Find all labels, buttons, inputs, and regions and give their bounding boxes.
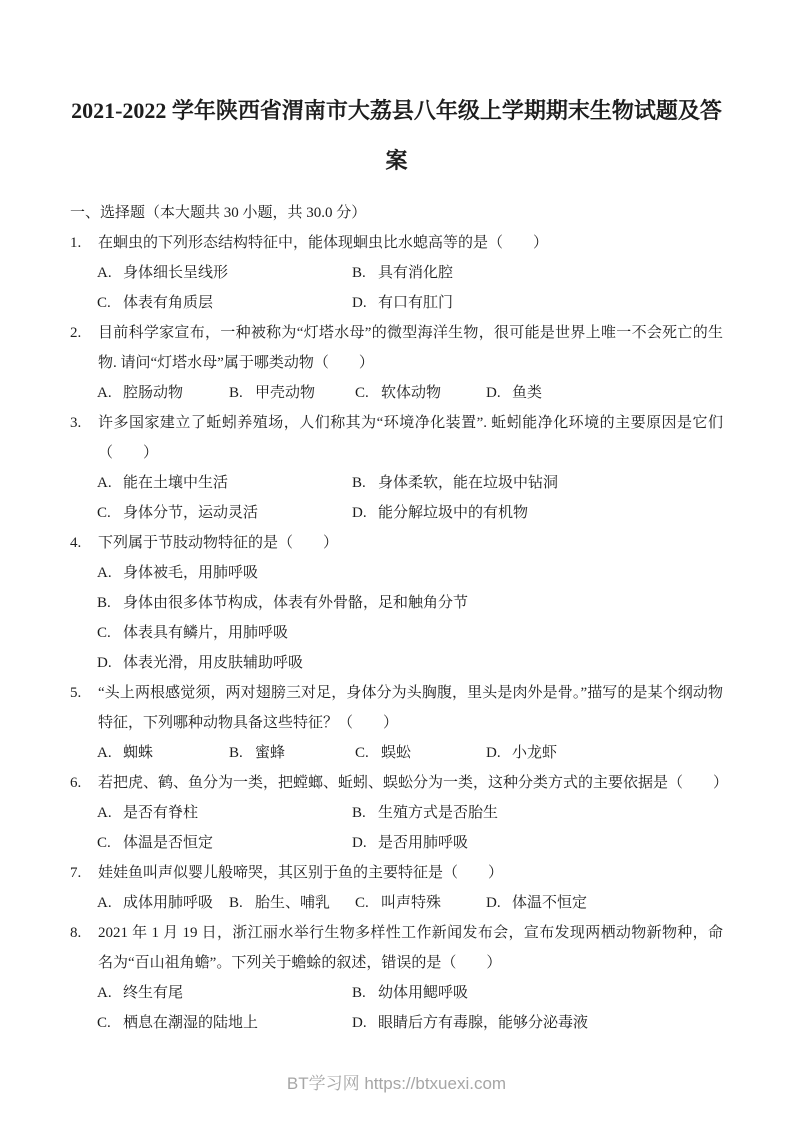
question-text: 许多国家建立了蚯蚓养殖场，人们称其为“环境净化装置”. 蚯蚓能净化环境的主要原因… bbox=[98, 408, 723, 468]
option-item: B.幼体用鳃呼吸 bbox=[352, 978, 723, 1008]
question-item-3: 3. 许多国家建立了蚯蚓养殖场，人们称其为“环境净化装置”. 蚯蚓能净化环境的主… bbox=[70, 408, 723, 528]
option-text: 成体用肺呼吸 bbox=[123, 895, 213, 911]
option-label: B. bbox=[352, 978, 378, 1008]
option-label: C. bbox=[97, 618, 123, 648]
question-text: 下列属于节肢动物特征的是（ ） bbox=[98, 528, 723, 558]
option-text: 蜘蛛 bbox=[123, 745, 153, 761]
option-text: 身体柔软，能在垃圾中钻洞 bbox=[378, 475, 558, 491]
document-title: 2021-2022 学年陕西省渭南市大荔县八年级上学期期末生物试题及答案 bbox=[70, 86, 723, 186]
option-item: A.身体细长呈线形 bbox=[97, 258, 352, 288]
option-label: A. bbox=[97, 558, 123, 588]
question-text: 目前科学家宣布，一种被称为“灯塔水母”的微型海洋生物，很可能是世界上唯一不会死亡… bbox=[98, 318, 723, 378]
option-text: 栖息在潮湿的陆地上 bbox=[123, 1015, 258, 1031]
question-text: 若把虎、鹤、鱼分为一类，把螳螂、蚯蚓、蜈蚣分为一类，这种分类方式的主要依据是（ … bbox=[98, 768, 723, 798]
question-text: 在蛔虫的下列形态结构特征中，能体现蛔虫比水螅高等的是（ ） bbox=[98, 228, 723, 258]
question-item-6: 6. 若把虎、鹤、鱼分为一类，把螳螂、蚯蚓、蜈蚣分为一类，这种分类方式的主要依据… bbox=[70, 768, 723, 858]
option-text: 具有消化腔 bbox=[378, 265, 453, 281]
option-text: 腔肠动物 bbox=[123, 385, 183, 401]
option-item: D.能分解垃圾中的有机物 bbox=[352, 498, 723, 528]
option-label: C. bbox=[355, 888, 381, 918]
option-text: 有口有肛门 bbox=[378, 295, 453, 311]
options-grid: A.终生有尾 B.幼体用鳃呼吸 C.栖息在潮湿的陆地上 D.眼睛后方有毒腺，能够… bbox=[97, 978, 723, 1038]
option-text: 身体分节，运动灵活 bbox=[123, 505, 258, 521]
options-grid: A.身体细长呈线形 B.具有消化腔 C.体表有角质层 D.有口有肛门 bbox=[97, 258, 723, 318]
question-number: 4. bbox=[70, 528, 98, 558]
question-item-8: 8. 2021 年 1 月 19 日，浙江丽水举行生物多样性工作新闻发布会，宣布… bbox=[70, 918, 723, 1038]
option-item: C.软体动物 bbox=[355, 378, 486, 408]
option-item: A.能在土壤中生活 bbox=[97, 468, 352, 498]
option-item: D.鱼类 bbox=[486, 378, 723, 408]
option-text: 体表有角质层 bbox=[123, 295, 213, 311]
options-grid: A.蜘蛛 B.蜜蜂 C.蜈蚣 D.小龙虾 bbox=[97, 738, 723, 768]
question-item-1: 1. 在蛔虫的下列形态结构特征中，能体现蛔虫比水螅高等的是（ ） A.身体细长呈… bbox=[70, 228, 723, 318]
option-item: C.体表有角质层 bbox=[97, 288, 352, 318]
option-text: 甲壳动物 bbox=[255, 385, 315, 401]
option-item: C.体温是否恒定 bbox=[97, 828, 352, 858]
option-item: A.身体被毛，用肺呼吸 bbox=[97, 558, 723, 588]
option-text: 身体细长呈线形 bbox=[123, 265, 228, 281]
option-label: A. bbox=[97, 738, 123, 768]
document-page: 2021-2022 学年陕西省渭南市大荔县八年级上学期期末生物试题及答案 一、选… bbox=[0, 0, 793, 1122]
option-item: A.终生有尾 bbox=[97, 978, 352, 1008]
option-item: D.有口有肛门 bbox=[352, 288, 723, 318]
question-item-7: 7. 娃娃鱼叫声似婴儿般啼哭，其区别于鱼的主要特征是（ ） A.成体用肺呼吸 B… bbox=[70, 858, 723, 918]
option-label: A. bbox=[97, 258, 123, 288]
option-label: D. bbox=[97, 648, 123, 678]
option-item: C.体表具有鳞片，用肺呼吸 bbox=[97, 618, 723, 648]
option-item: C.栖息在潮湿的陆地上 bbox=[97, 1008, 352, 1038]
option-item: A.腔肠动物 bbox=[97, 378, 229, 408]
option-text: 身体被毛，用肺呼吸 bbox=[123, 565, 258, 581]
option-text: 鱼类 bbox=[512, 385, 542, 401]
option-text: 胎生、哺乳 bbox=[255, 895, 330, 911]
option-text: 蜈蚣 bbox=[381, 745, 411, 761]
option-label: B. bbox=[229, 738, 255, 768]
option-label: D. bbox=[352, 498, 378, 528]
question-number: 1. bbox=[70, 228, 98, 258]
option-label: C. bbox=[97, 498, 123, 528]
option-label: C. bbox=[355, 738, 381, 768]
option-label: A. bbox=[97, 888, 123, 918]
option-item: D.体表光滑，用皮肤辅助呼吸 bbox=[97, 648, 723, 678]
option-item: D.体温不恒定 bbox=[486, 888, 723, 918]
option-item: A.蜘蛛 bbox=[97, 738, 229, 768]
title-line-1: 2021-2022 学年陕西省渭南市大荔县八年级上学期期末生物试题及答 bbox=[71, 98, 722, 123]
option-label: D. bbox=[352, 288, 378, 318]
title-line-2: 案 bbox=[385, 148, 407, 173]
question-text: 2021 年 1 月 19 日，浙江丽水举行生物多样性工作新闻发布会，宣布发现两… bbox=[98, 918, 723, 978]
option-text: 眼睛后方有毒腺，能够分泌毒液 bbox=[378, 1015, 588, 1031]
option-label: D. bbox=[486, 378, 512, 408]
option-text: 能在土壤中生活 bbox=[123, 475, 228, 491]
option-label: A. bbox=[97, 468, 123, 498]
option-text: 叫声特殊 bbox=[381, 895, 441, 911]
question-number: 6. bbox=[70, 768, 98, 798]
option-text: 是否用肺呼吸 bbox=[378, 835, 468, 851]
option-label: B. bbox=[352, 798, 378, 828]
option-text: 软体动物 bbox=[381, 385, 441, 401]
options-grid: A.身体被毛，用肺呼吸 B.身体由很多体节构成，体表有外骨骼，足和触角分节 C.… bbox=[97, 558, 723, 678]
option-text: 身体由很多体节构成，体表有外骨骼，足和触角分节 bbox=[123, 595, 468, 611]
option-text: 体温是否恒定 bbox=[123, 835, 213, 851]
options-grid: A.腔肠动物 B.甲壳动物 C.软体动物 D.鱼类 bbox=[97, 378, 723, 408]
option-text: 是否有脊柱 bbox=[123, 805, 198, 821]
option-item: B.身体柔软，能在垃圾中钻洞 bbox=[352, 468, 723, 498]
option-item: B.身体由很多体节构成，体表有外骨骼，足和触角分节 bbox=[97, 588, 723, 618]
option-text: 幼体用鳃呼吸 bbox=[378, 985, 468, 1001]
option-text: 终生有尾 bbox=[123, 985, 183, 1001]
option-label: D. bbox=[486, 888, 512, 918]
option-label: C. bbox=[97, 288, 123, 318]
option-label: B. bbox=[97, 588, 123, 618]
option-label: B. bbox=[352, 468, 378, 498]
question-text: 娃娃鱼叫声似婴儿般啼哭，其区别于鱼的主要特征是（ ） bbox=[98, 858, 723, 888]
option-label: B. bbox=[229, 888, 255, 918]
question-number: 2. bbox=[70, 318, 98, 378]
option-item: D.小龙虾 bbox=[486, 738, 723, 768]
option-item: C.叫声特殊 bbox=[355, 888, 486, 918]
option-text: 蜜蜂 bbox=[255, 745, 285, 761]
option-item: D.眼睛后方有毒腺，能够分泌毒液 bbox=[352, 1008, 723, 1038]
option-label: D. bbox=[352, 1008, 378, 1038]
option-item: A.成体用肺呼吸 bbox=[97, 888, 229, 918]
question-item-2: 2. 目前科学家宣布，一种被称为“灯塔水母”的微型海洋生物，很可能是世界上唯一不… bbox=[70, 318, 723, 408]
option-text: 生殖方式是否胎生 bbox=[378, 805, 498, 821]
footer-watermark: BT学习网 https://btxuexi.com bbox=[0, 1069, 793, 1094]
options-grid: A.成体用肺呼吸 B.胎生、哺乳 C.叫声特殊 D.体温不恒定 bbox=[97, 888, 723, 918]
option-item: B.生殖方式是否胎生 bbox=[352, 798, 723, 828]
option-text: 体温不恒定 bbox=[512, 895, 587, 911]
question-number: 8. bbox=[70, 918, 98, 978]
option-text: 小龙虾 bbox=[512, 745, 557, 761]
option-item: B.甲壳动物 bbox=[229, 378, 355, 408]
option-label: B. bbox=[352, 258, 378, 288]
option-label: D. bbox=[352, 828, 378, 858]
option-label: A. bbox=[97, 798, 123, 828]
option-label: C. bbox=[97, 1008, 123, 1038]
option-label: A. bbox=[97, 378, 123, 408]
options-grid: A.能在土壤中生活 B.身体柔软，能在垃圾中钻洞 C.身体分节，运动灵活 D.能… bbox=[97, 468, 723, 528]
option-item: B.蜜蜂 bbox=[229, 738, 355, 768]
option-item: D.是否用肺呼吸 bbox=[352, 828, 723, 858]
question-number: 3. bbox=[70, 408, 98, 468]
options-grid: A.是否有脊柱 B.生殖方式是否胎生 C.体温是否恒定 D.是否用肺呼吸 bbox=[97, 798, 723, 858]
question-item-5: 5. “头上两根感觉须，两对翅膀三对足，身体分为头胸腹，里头是肉外是骨。”描写的… bbox=[70, 678, 723, 768]
option-text: 体表具有鳞片，用肺呼吸 bbox=[123, 625, 288, 641]
question-number: 5. bbox=[70, 678, 98, 738]
option-item: C.身体分节，运动灵活 bbox=[97, 498, 352, 528]
option-label: D. bbox=[486, 738, 512, 768]
option-item: B.胎生、哺乳 bbox=[229, 888, 355, 918]
option-label: C. bbox=[355, 378, 381, 408]
option-text: 体表光滑，用皮肤辅助呼吸 bbox=[123, 655, 303, 671]
section-header: 一、选择题（本大题共 30 小题，共 30.0 分） bbox=[70, 198, 723, 228]
document-content: 2021-2022 学年陕西省渭南市大荔县八年级上学期期末生物试题及答案 一、选… bbox=[0, 0, 793, 1038]
option-item: B.具有消化腔 bbox=[352, 258, 723, 288]
question-text: “头上两根感觉须，两对翅膀三对足，身体分为头胸腹，里头是肉外是骨。”描写的是某个… bbox=[98, 678, 723, 738]
option-item: C.蜈蚣 bbox=[355, 738, 486, 768]
option-label: B. bbox=[229, 378, 255, 408]
option-text: 能分解垃圾中的有机物 bbox=[378, 505, 528, 521]
question-item-4: 4. 下列属于节肢动物特征的是（ ） A.身体被毛，用肺呼吸 B.身体由很多体节… bbox=[70, 528, 723, 678]
option-label: C. bbox=[97, 828, 123, 858]
option-label: A. bbox=[97, 978, 123, 1008]
question-number: 7. bbox=[70, 858, 98, 888]
option-item: A.是否有脊柱 bbox=[97, 798, 352, 828]
